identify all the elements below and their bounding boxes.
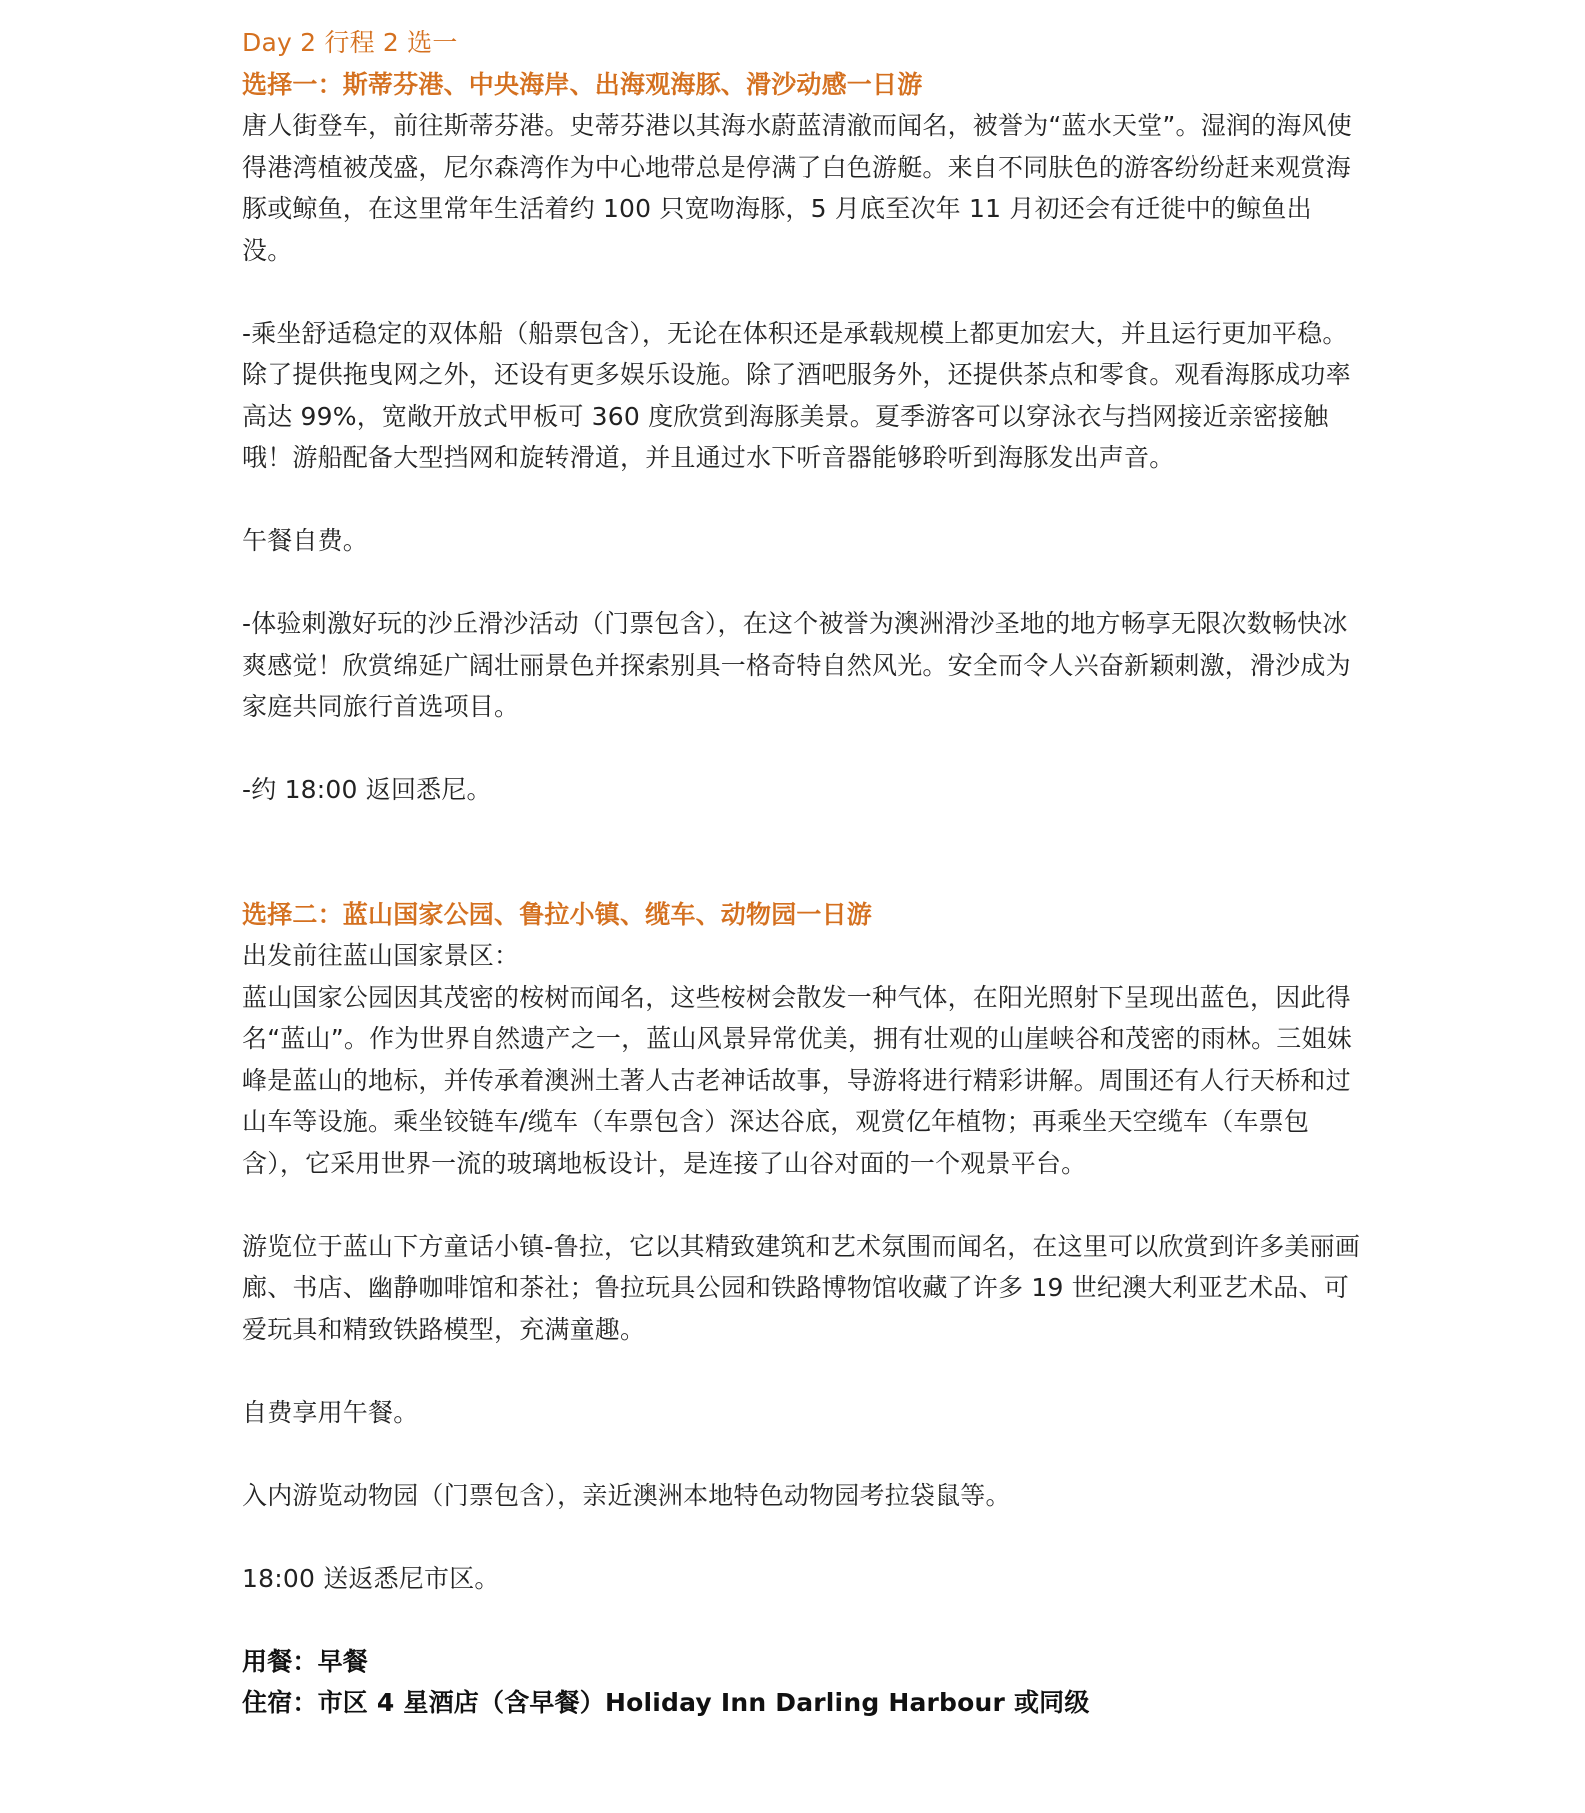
option2-paragraph-zoo: 入内游览动物园（门票包含），亲近澳洲本地特色动物园考拉袋鼠等。 (242, 1475, 1362, 1517)
option1-paragraph-intro: 唐人街登车，前往斯蒂芬港。史蒂芬港以其海水蔚蓝清澈而闻名，被誉为“蓝水天堂”。湿… (242, 105, 1362, 271)
spacer (242, 1516, 1362, 1558)
spacer (242, 271, 1362, 313)
option2-paragraph-blue-mountains: 蓝山国家公园因其茂密的桉树而闻名，这些桉树会散发一种气体，在阳光照射下呈现出蓝色… (242, 977, 1362, 1185)
hotel-info: 住宿：市区 4 星酒店（含早餐）Holiday Inn Darling Harb… (242, 1682, 1362, 1724)
spacer (242, 1184, 1362, 1226)
day-heading: Day 2 行程 2 选一 (242, 22, 1362, 64)
option1-paragraph-sandboarding: -体验刺激好玩的沙丘滑沙活动（门票包含），在这个被誉为澳洲滑沙圣地的地方畅享无限… (242, 603, 1362, 728)
option2-paragraph-lunch: 自费享用午餐。 (242, 1392, 1362, 1434)
option2-paragraph-leura: 游览位于蓝山下方童话小镇-鲁拉，它以其精致建筑和艺术氛围而闻名，在这里可以欣赏到… (242, 1226, 1362, 1351)
option1-title: 选择一：斯蒂芬港、中央海岸、出海观海豚、滑沙动感一日游 (242, 64, 1362, 106)
option1-paragraph-cruise: -乘坐舒适稳定的双体船（船票包含），无论在体积还是承载规模上都更加宏大，并且运行… (242, 313, 1362, 479)
option2-title: 选择二：蓝山国家公园、鲁拉小镇、缆车、动物园一日游 (242, 894, 1362, 936)
meals-info: 用餐：早餐 (242, 1641, 1362, 1683)
option2-intro: 出发前往蓝山国家景区： (242, 935, 1362, 977)
spacer (242, 811, 1362, 894)
option1-paragraph-return: -约 18:00 返回悉尼。 (242, 769, 1362, 811)
spacer (242, 1350, 1362, 1392)
spacer (242, 479, 1362, 521)
spacer (242, 1599, 1362, 1641)
spacer (242, 1433, 1362, 1475)
itinerary-document: Day 2 行程 2 选一 选择一：斯蒂芬港、中央海岸、出海观海豚、滑沙动感一日… (242, 22, 1362, 1724)
spacer (242, 728, 1362, 770)
option1-paragraph-lunch: 午餐自费。 (242, 520, 1362, 562)
option2-paragraph-return: 18:00 送返悉尼市区。 (242, 1558, 1362, 1600)
spacer (242, 562, 1362, 604)
